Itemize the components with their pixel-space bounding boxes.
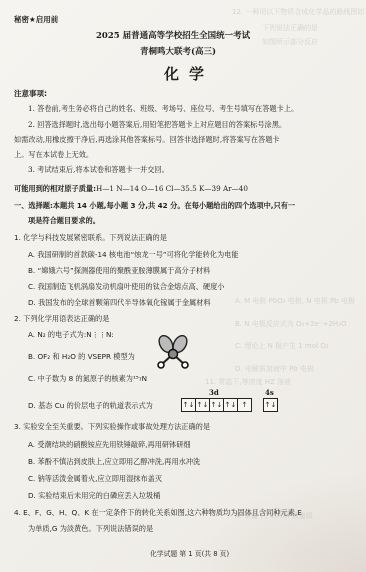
notice-item: 如需改动,用橡皮擦干净后,再选涂其他答案标号。回答非选择题时,将答案写在答题卡	[14, 135, 280, 144]
question-4-stem-cont: 为单质,G 为淡黄色。下列说法错误的是	[28, 524, 153, 533]
question-1-option-d: D. 我国发布的全球首颗第四代半导体氧化镓属于金属材料	[28, 298, 211, 307]
orbital-box: ↑↓	[263, 398, 278, 412]
question-2-stem: 2. 下列化学用语表达正确的是	[14, 314, 109, 323]
question-1-option-a: A. 我国研制的首款碳-14 核电池“烛龙一号”可将化学能转化为电能	[28, 250, 239, 259]
orbital-label-3d: 3d	[209, 388, 219, 397]
bleed-through-text: A. M 电极 PbO₂ 电极, N 电极 Pb 电极	[235, 297, 355, 306]
section-heading: 一、选择题:本题共 14 小题,每小题 3 分,共 42 分。在每小题给出的四个…	[14, 201, 295, 210]
question-3-option-c: C. 钠等活泼金属着火,应立即用湿抹布盖灭	[28, 474, 162, 483]
notice-item: 3. 考试结束后,将本试卷和答题卡一并交回。	[28, 165, 169, 174]
bleed-through-text: 如图所示部分反应	[262, 38, 318, 47]
confidential-label: 秘密★启用前	[14, 14, 58, 25]
orbital-box: ↑	[237, 398, 252, 412]
question-3-option-a: A. 受潮结块的硝酸铵应先用铁锤敲碎,再用研钵研细	[28, 440, 191, 449]
question-3-stem: 3. 实验安全至关重要。下列实验操作或事故处理方法正确的是	[14, 422, 210, 431]
bleed-through-text: C. 理论上 N 极产生 1 mol O₂	[235, 342, 329, 351]
bleed-through-text: 下列说法正确的是	[262, 24, 318, 33]
notice-item: 上。写在本试卷上无效。	[14, 150, 93, 159]
atomic-masses-values: H—1 N—14 O—16 Cl—35.5 K—39 Ar—40	[96, 184, 248, 193]
exam-title: 2025 届普通高等学校招生全国统一考试	[96, 29, 250, 41]
page-shadow	[186, 472, 366, 572]
orbital-box: ↑↓	[209, 398, 224, 412]
question-1-option-c: C. 我国制造飞机涡扇发动机扇叶使用的钛合金熔点高、硬度小	[28, 282, 224, 291]
orbital-box: ↑↓	[181, 398, 196, 412]
notice-heading: 注意事项:	[14, 88, 47, 99]
exam-page: 12. 一种用以下物质合成化学品的路线图如下 下列说法正确的是 如图所示部分反应…	[0, 0, 366, 572]
question-3-option-d: D. 实验结束后未用完的白磷应丢入垃圾桶	[28, 491, 160, 500]
orbital-box: ↑↓	[223, 398, 238, 412]
question-3-option-b: B. 苯酚不慎沾到皮肤上,应立即用乙醇冲洗,再用水冲洗	[28, 457, 200, 466]
section-heading-cont: 项是符合题目要求的。	[28, 216, 100, 225]
question-1-stem: 1. 化学与科技发展紧密联系。下列说法正确的是	[14, 233, 167, 242]
notice-item: 1. 答卷前,考生务必将自己的姓名、班级、考场号、座位号、考生号填写在答题卡上。	[28, 104, 298, 113]
notice-item: 2. 回答选择题时,选出每小题答案后,用铅笔把答题卡上对应题目的答案标号涂黑。	[28, 120, 286, 129]
bleed-through-text: D. 电解质溶液中 Pb 电极	[235, 365, 314, 374]
bleed-through-text: B. N 电极反应式为 O₂+2e⁻+2H₂O	[235, 320, 346, 329]
subject-title: 化学	[164, 63, 214, 84]
question-2-option-d: D. 基态 Cu 的价层电子的轨道表示式为	[28, 401, 153, 410]
atomic-masses: 可能用到的相对原子质量:H—1 N—14 O—16 Cl—35.5 K—39 A…	[14, 184, 248, 193]
orbital-label-4s: 4s	[265, 388, 274, 397]
bleed-through-text: 11. 常温下,等浓度 HZ 溶液	[205, 378, 291, 387]
orbital-box: ↑↓	[195, 398, 210, 412]
question-2-option-b: B. OF₂ 和 H₂O 的 VSEPR 模型为	[28, 352, 135, 361]
question-2-option-a: A. N₂ 的电子式为:N⋮⋮N:	[28, 330, 114, 339]
atomic-masses-label: 可能用到的相对原子质量:	[14, 184, 96, 193]
question-1-option-b: B. “嫦娥六号”探测器使用的聚酰亚胺薄膜属于高分子材料	[28, 266, 210, 275]
question-2-option-c: C. 中子数为 8 的氮原子的核素为¹⁵₇N	[28, 374, 147, 383]
bleed-through-text: 12. 一种用以下物质合成化学品的路线图如下	[232, 8, 366, 17]
exam-subtitle: 青桐鸣大联考(高三)	[140, 45, 216, 57]
vsepr-model-icon	[155, 335, 191, 371]
